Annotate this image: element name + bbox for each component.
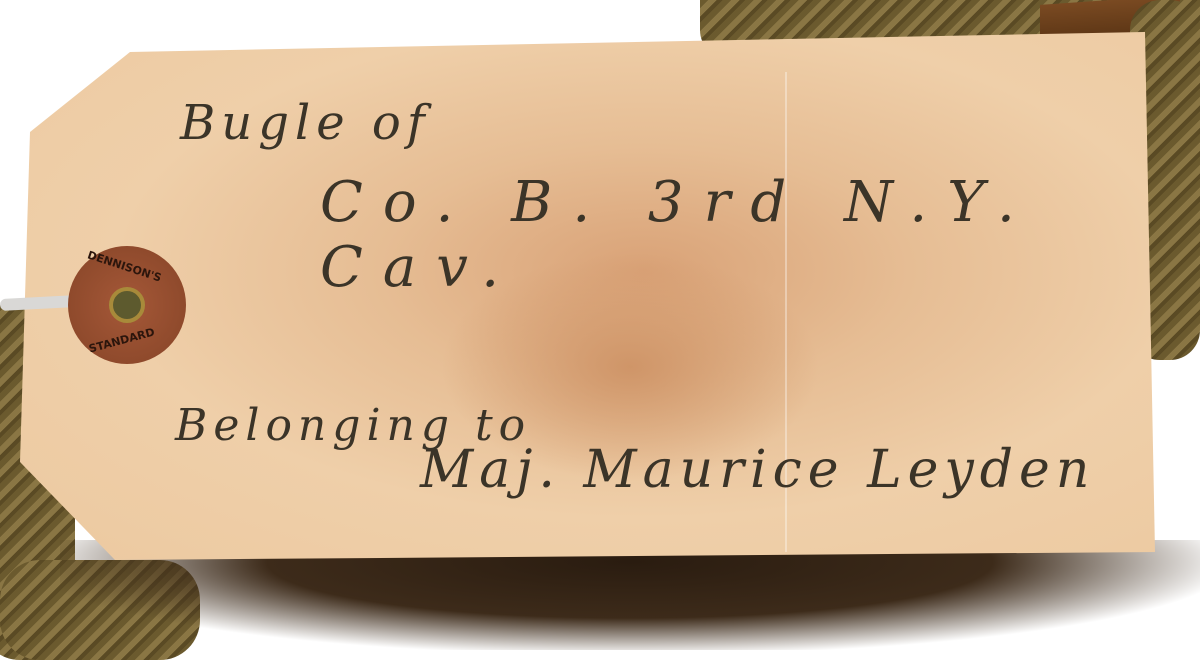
grommet-bottom-text: STANDARD xyxy=(87,325,156,355)
grommet: DENNISON'S STANDARD xyxy=(68,246,186,364)
handwriting-line-1: Bugle of xyxy=(180,95,431,151)
handwriting-line-2: Co. B. 3rd N.Y. Cav. xyxy=(320,170,1200,300)
grommet-top-text: DENNISON'S xyxy=(86,248,163,284)
grommet-ring xyxy=(109,287,145,323)
handwriting-line-4: Maj. Maurice Leyden xyxy=(420,440,1095,500)
